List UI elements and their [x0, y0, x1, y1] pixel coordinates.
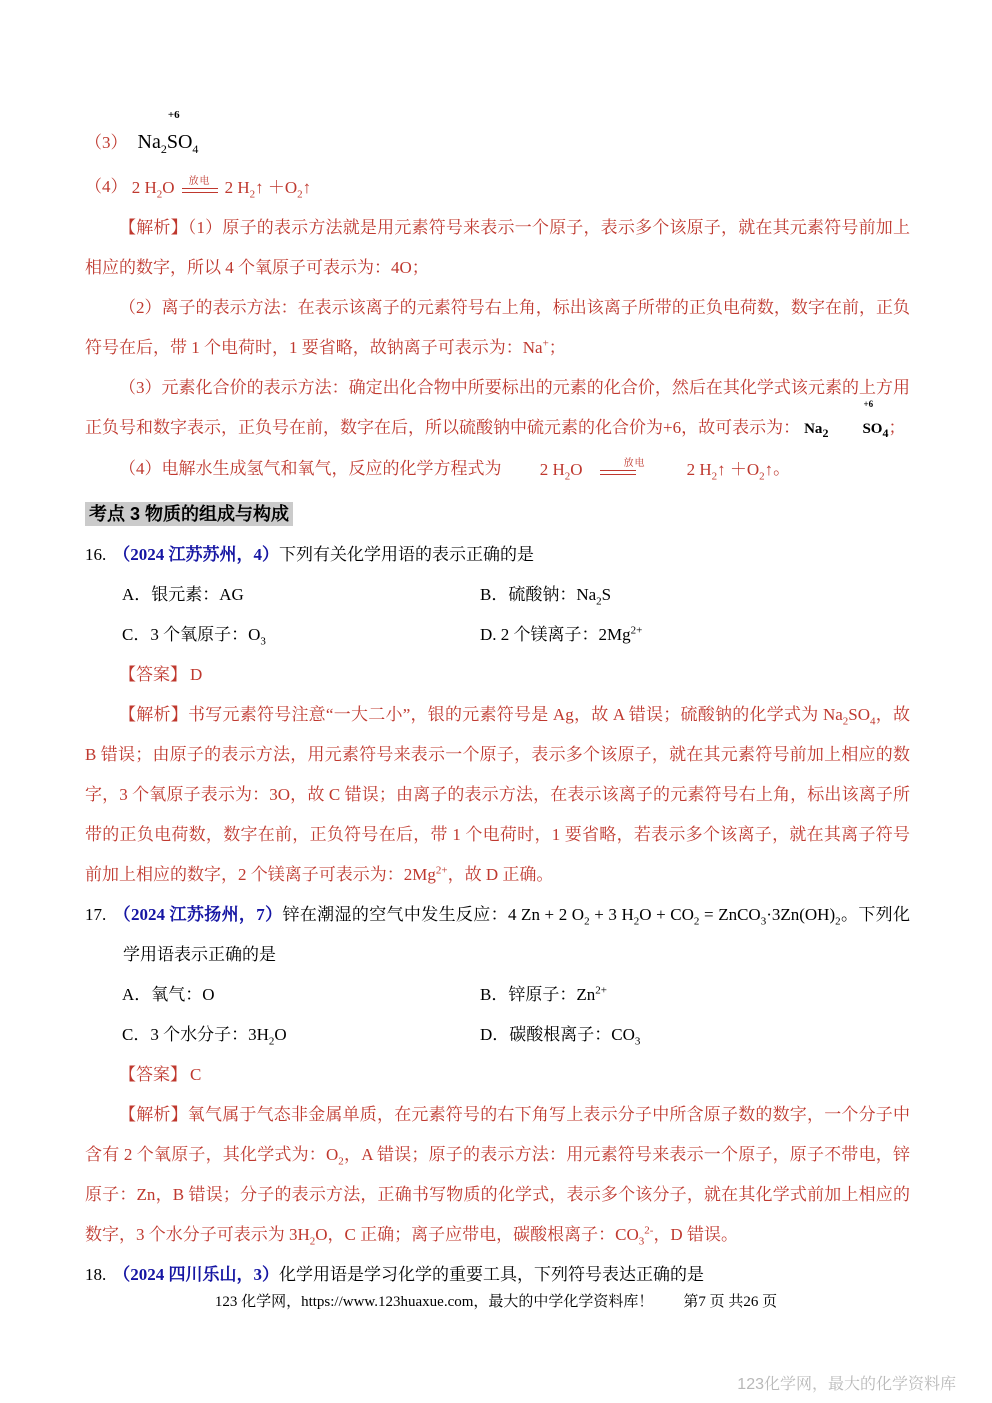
question-16-answer: 【答案】D: [85, 655, 910, 695]
option-c: C．3 个水分子：3H2O: [122, 1015, 480, 1055]
electrolysis-equation-inline: 2 H2O放电2 H2↑ ＋O2↑: [506, 450, 773, 490]
question-16-options: A．银元素：AG B．硫酸钠：Na2S C．3 个氧原子：O3 D. 2 个镁离…: [85, 575, 910, 655]
analysis-paragraph-3: （3）元素化合价的表示方法：确定出化合物中所要标出的元素的化合价，然后在其化学式…: [85, 368, 910, 449]
formula-subscript: 4: [192, 142, 198, 156]
formula-part: Na: [138, 131, 161, 153]
equation-rhs: 2 H2↑ ＋O2↑: [225, 168, 312, 208]
option-a: A．氧气：O: [122, 975, 480, 1015]
analysis-paragraph-2: （2）离子的表示方法：在表示该离子的元素符号右上角，标出该离子所带的正负电荷数，…: [85, 288, 910, 368]
section-heading: 考点 3 物质的组成与构成: [85, 498, 910, 531]
question-source: （2024 四川乐山，3）: [113, 1265, 279, 1284]
oxidation-stack: +6S: [167, 122, 178, 162]
question-18-stem: 18.（2024 四川乐山，3）化学用语是学习化学的重要工具，下列符号表达正确的…: [85, 1255, 910, 1295]
question-number: 18.: [85, 1265, 106, 1284]
option-a: A．银元素：AG: [122, 575, 480, 615]
formula-part: O: [178, 131, 192, 153]
analysis-tail: ；: [888, 418, 905, 437]
question-17-options: A．氧气：O B．锌原子：Zn2+ C．3 个水分子：3H2O D．碳酸根离子：…: [85, 975, 910, 1055]
oxidation-number: +6: [829, 400, 873, 409]
condition-text: 放电: [590, 458, 646, 469]
question-text: 下列有关化学用语的表示正确的是: [279, 545, 534, 564]
double-bar-icon: [600, 470, 636, 475]
footer-page-number: 第7 页 共26 页: [683, 1294, 777, 1310]
question-17-analysis: 【解析】氧气属于气态非金属单质，在元素符号的右下角写上表示分子中所含原子数的数字…: [85, 1095, 910, 1255]
answer-value: D: [190, 665, 202, 684]
question-source: （2024 江苏苏州，4）: [113, 545, 279, 564]
analysis-paragraph-1: 【解析】（1）原子的表示方法就是用元素符号来表示一个原子，表示多个该原子，就在其…: [85, 208, 910, 288]
reaction-condition: 放电: [182, 176, 218, 193]
analysis-tail: 。: [773, 459, 790, 478]
analysis-text: （3）元素化合价的表示方法：确定出化合物中所要标出的元素的化合价，然后在其化学式…: [85, 378, 910, 437]
question-17-answer: 【答案】C: [85, 1055, 910, 1095]
option-c: C．3 个氧原子：O3: [122, 615, 480, 655]
question-17-stem: 17.（2024 江苏扬州，7）锌在潮湿的空气中发生反应：4 Zn + 2 O2…: [85, 895, 910, 975]
option-d: D．碳酸根离子：CO3: [480, 1015, 910, 1055]
equation-lhs: 2 H2O: [506, 450, 583, 490]
item-4-label: （4）: [85, 177, 128, 196]
formula-part: S: [862, 421, 870, 437]
reaction-condition: 放电: [590, 458, 646, 475]
na2so4-oxidation-formula: Na2+6SO4: [138, 131, 199, 153]
analysis-text: （4）电解水生成氢气和氧气，反应的化学方程式为: [119, 459, 506, 478]
equation-rhs: 2 H2↑ ＋O2↑: [653, 450, 774, 490]
na2so4-oxidation-formula-inline: Na2+6SO4: [804, 421, 888, 437]
question-number: 17.: [85, 905, 106, 924]
answer-value: C: [190, 1065, 201, 1084]
item-3-label: （3）: [85, 133, 128, 152]
question-source: （2024 江苏扬州，7）: [113, 905, 282, 924]
item-4-line: （4） 2 H2O放电2 H2↑ ＋O2↑: [85, 167, 910, 208]
answer-label: 【答案】: [119, 665, 187, 684]
question-number: 16.: [85, 545, 106, 564]
formula-part: Na: [804, 421, 822, 437]
answer-label: 【答案】: [119, 1065, 187, 1084]
oxidation-number: +6: [168, 110, 180, 121]
watermark-text: 123化学网，最大的化学资料库: [737, 1371, 956, 1394]
electrolysis-equation: 2 H2O放电2 H2↑ ＋O2↑: [132, 168, 311, 208]
analysis-paragraph-4: （4）电解水生成氢气和氧气，反应的化学方程式为 2 H2O放电2 H2↑ ＋O2…: [85, 449, 910, 490]
equation-lhs: 2 H2O: [132, 168, 175, 208]
page-footer: 123 化学网，https://www.123huaxue.com，最大的中学化…: [0, 1291, 992, 1313]
oxidation-stack: +6S: [828, 409, 870, 449]
question-16: 16.（2024 江苏苏州，4）下列有关化学用语的表示正确的是 A．银元素：AG…: [85, 535, 910, 895]
formula-part: O: [871, 421, 883, 437]
document-page: （3）Na2+6SO4 （4） 2 H2O放电2 H2↑ ＋O2↑ 【解析】（1…: [0, 0, 992, 1295]
question-16-stem: 16.（2024 江苏苏州，4）下列有关化学用语的表示正确的是: [85, 535, 910, 575]
footer-site-info: 123 化学网，https://www.123huaxue.com，最大的中学化…: [215, 1294, 654, 1310]
item-3-line: （3）Na2+6SO4: [85, 122, 910, 163]
question-text: 化学用语是学习化学的重要工具，下列符号表达正确的是: [279, 1265, 704, 1284]
option-b: B．硫酸钠：Na2S: [480, 575, 910, 615]
section-heading-highlight: 考点 3 物质的组成与构成: [85, 502, 293, 526]
formula-part: S: [167, 131, 178, 153]
question-18: 18.（2024 四川乐山，3）化学用语是学习化学的重要工具，下列符号表达正确的…: [85, 1255, 910, 1295]
condition-text: 放电: [189, 176, 211, 187]
double-bar-icon: [182, 188, 218, 193]
question-17: 17.（2024 江苏扬州，7）锌在潮湿的空气中发生反应：4 Zn + 2 O2…: [85, 895, 910, 1255]
question-16-analysis: 【解析】书写元素符号注意“一大二小”，银的元素符号是 Ag，故 A 错误；硫酸钠…: [85, 695, 910, 895]
option-d: D. 2 个镁离子：2Mg2+: [480, 615, 910, 655]
option-b: B．锌原子：Zn2+: [480, 975, 910, 1015]
